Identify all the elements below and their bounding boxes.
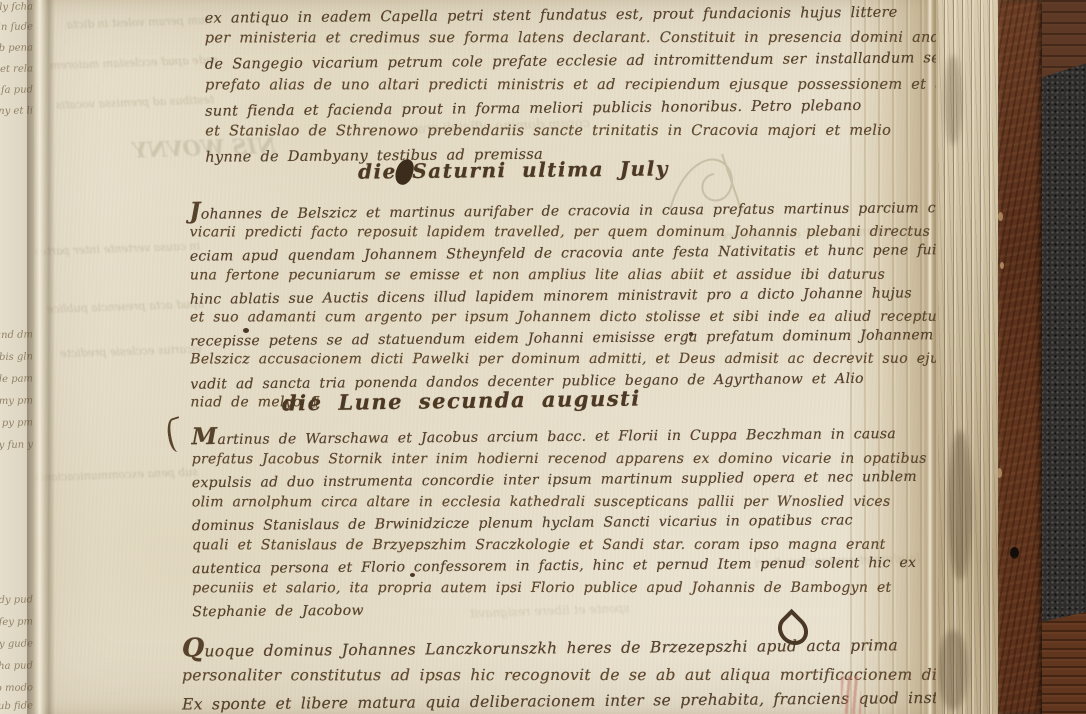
entry-paragraph-3: Martinus de Warschawa et Jacobus arcium … <box>192 421 928 622</box>
manuscript-line: Ex sponte et libere matura quia delibera… <box>182 684 990 714</box>
wormhole-icon <box>1010 547 1019 559</box>
leather-cover-corner-bottom <box>1040 612 1086 714</box>
leather-spine-turn-in <box>995 0 1042 714</box>
ink-speck <box>243 328 249 333</box>
manuscript-line: Martinus de Warschawa et Jacobus arcium … <box>192 420 927 452</box>
entry-paragraph-4: Quoque dominus Johannes Lanczkorunszkh h… <box>182 630 990 714</box>
manuscript-scan: num peram volest in dictasede apud eccle… <box>0 0 1086 714</box>
leather-wear-fleck <box>1000 262 1004 269</box>
manuscript-line: personaliter constitutus ad ipsas hic re… <box>182 661 989 688</box>
leather-wear-fleck <box>998 212 1003 221</box>
fore-edge-stain <box>944 55 962 145</box>
page-fore-edge-stack <box>932 0 998 714</box>
manuscript-line: Stephanie de Jacobow <box>192 596 927 624</box>
ink-text-layer: ex antiquo in eadem Capella petri stent … <box>0 0 1086 714</box>
ink-speck <box>689 332 693 336</box>
red-crayon-mark <box>841 676 861 714</box>
date-heading-monday: die Lune secunda augusti <box>282 385 641 415</box>
manuscript-line: autentica persona et Florio confessorem … <box>192 553 927 581</box>
manuscript-line: de Sangegio vicarium petrum cole prefate… <box>205 47 1054 78</box>
entry-paragraph-2: Johannes de Belszicz et martinus aurifab… <box>190 195 1038 415</box>
entry-paragraph-1: ex antiquo in eadem Capella petri stent … <box>205 2 1054 168</box>
fore-edge-stain <box>948 430 972 580</box>
manuscript-line: expulsis ad duo instrumenta concordie in… <box>192 467 927 495</box>
manuscript-line: dominus Stanislaus de Brwinidzicze plenu… <box>192 510 927 538</box>
ink-speck <box>410 573 415 577</box>
manuscript-line: Quoque dominus Johannes Lanczkorunszkh h… <box>182 628 990 665</box>
fore-edge-stain <box>938 630 968 710</box>
